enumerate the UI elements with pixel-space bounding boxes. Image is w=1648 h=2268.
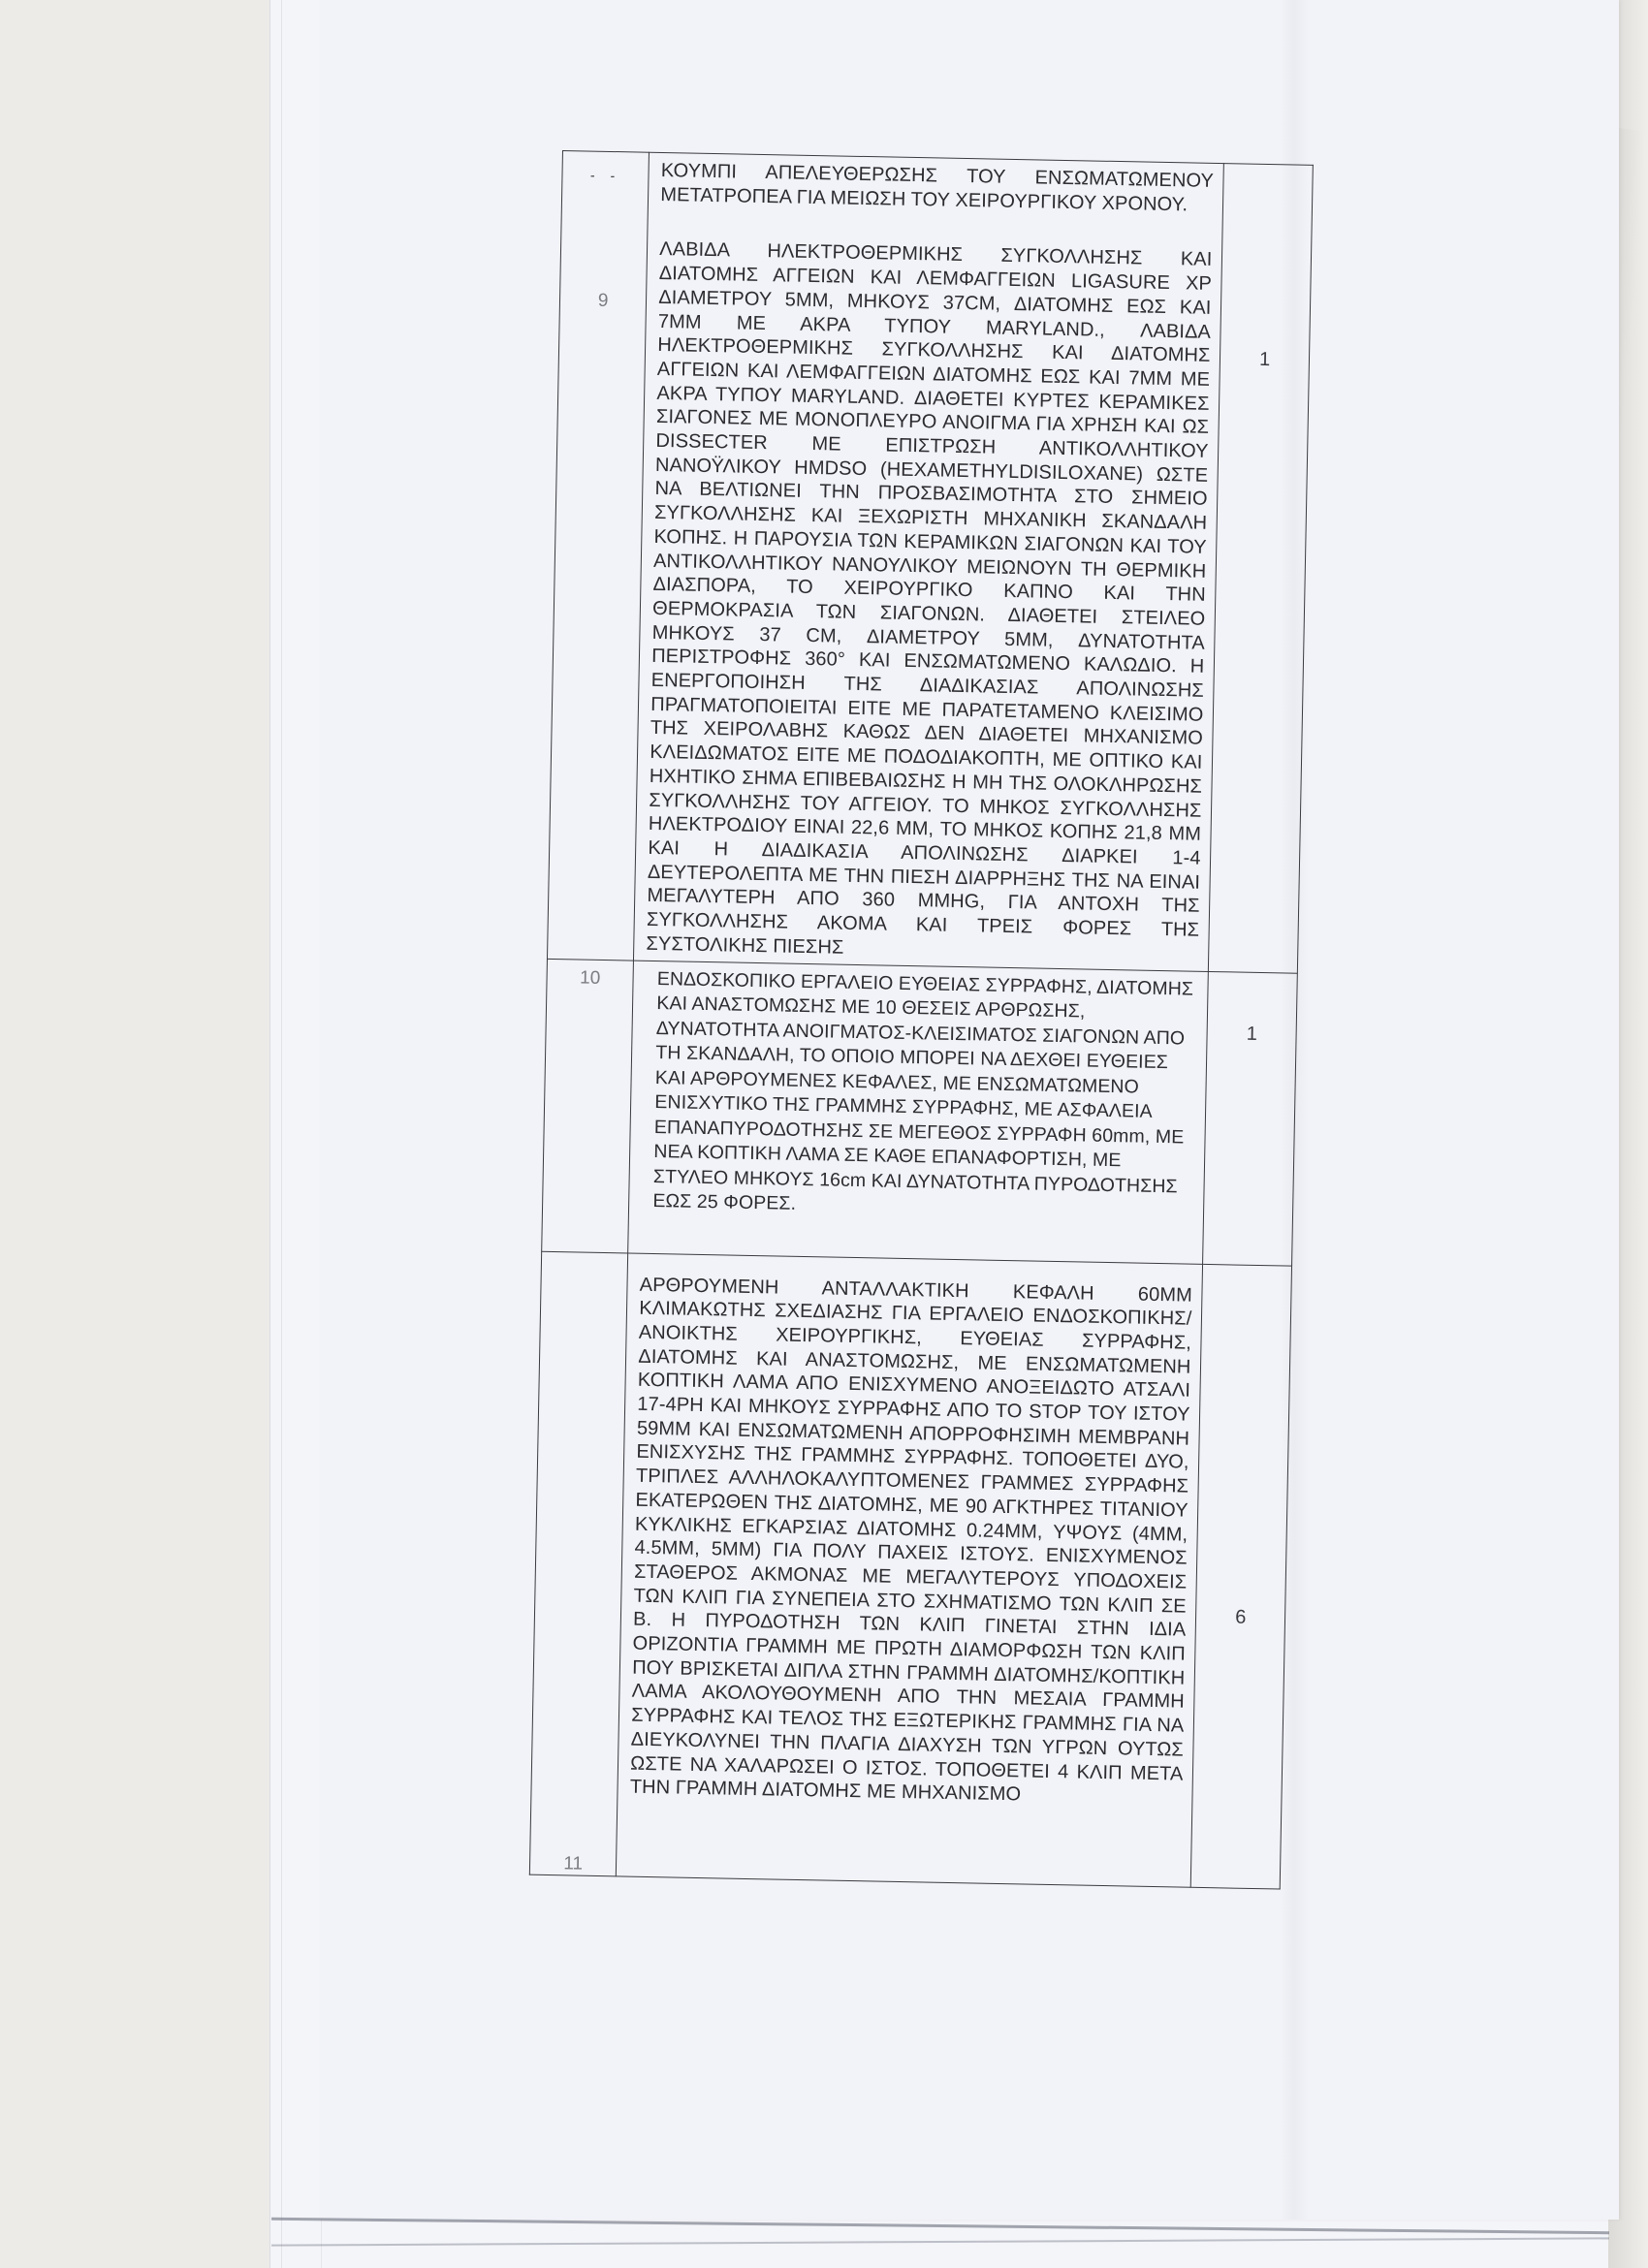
underlying-sheet-edge [281, 0, 322, 2268]
quantity-cell: 6 [1191, 1264, 1292, 1889]
quantity-value: 1 [1208, 971, 1297, 1046]
item-description-cell: ΚΟΥΜΠΙ ΑΠΕΛΕΥΘΕΡΩΣΗΣ ΤΟΥ ΕΝΣΩΜΑΤΩΜΕΝΟΥ Μ… [634, 152, 1224, 971]
description-paragraph: ΕΝΔΟΣΚΟΠΙΚΟ ΕΡΓΑΛΕΙΟ ΕΥΘΕΙΑΣ ΣΥΡΡΑΦΗΣ, Δ… [652, 967, 1198, 1225]
table-row: - - 9 ΚΟΥΜΠΙ ΑΠΕΛΕΥΘΕΡΩΣΗΣ ΤΟΥ ΕΝΣΩΜΑΤΩΜ… [547, 151, 1313, 973]
quantity-cell: 1 [1203, 971, 1297, 1266]
quantity-value: 6 [1196, 1264, 1291, 1629]
table-row: 11 ΑΡΘΡΟΥΜΕΝΗ ΑΝΤΑΛΛΑΚΤΙΚΗ ΚΕΦΑΛΗ 60MM Κ… [529, 1251, 1291, 1889]
item-number-cell: 11 [529, 1251, 628, 1876]
item-number: 9 [560, 185, 649, 313]
item-description-cell: ΕΝΔΟΣΚΟΠΙΚΟ ΕΡΓΑΛΕΙΟ ΕΥΘΕΙΑΣ ΣΥΡΡΑΦΗΣ, Δ… [628, 961, 1209, 1264]
quantity-cell: 1 [1209, 164, 1314, 973]
table-row: 10 ΕΝΔΟΣΚΟΠΙΚΟ ΕΡΓΑΛΕΙΟ ΕΥΘΕΙΑΣ ΣΥΡΡΑΦΗΣ… [542, 959, 1298, 1266]
item-number-cell: 10 [542, 959, 634, 1253]
leading-mark: - - [590, 168, 621, 184]
item-description-cell: ΑΡΘΡΟΥΜΕΝΗ ΑΝΤΑΛΛΑΚΤΙΚΗ ΚΕΦΑΛΗ 60MM ΚΛΙΜ… [617, 1253, 1203, 1887]
item-number-cell: - - 9 [547, 151, 649, 961]
specification-table: - - 9 ΚΟΥΜΠΙ ΑΠΕΛΕΥΘΕΡΩΣΗΣ ΤΟΥ ΕΝΣΩΜΑΤΩΜ… [529, 150, 1314, 1889]
item-number: 10 [547, 959, 633, 990]
description-paragraph: ΛΑΒΙΔΑ ΗΛΕΚΤΡΟΘΕΡΜΙΚΗΣ ΣΥΓΚΟΛΛΗΣΗΣ ΚΑΙ Δ… [646, 237, 1212, 966]
item-number: 11 [530, 1251, 628, 1875]
quantity-value: 1 [1220, 164, 1313, 372]
description-paragraph: ΑΡΘΡΟΥΜΕΝΗ ΑΝΤΑΛΛΑΚΤΙΚΗ ΚΕΦΑΛΗ 60MM ΚΛΙΜ… [630, 1273, 1193, 1810]
